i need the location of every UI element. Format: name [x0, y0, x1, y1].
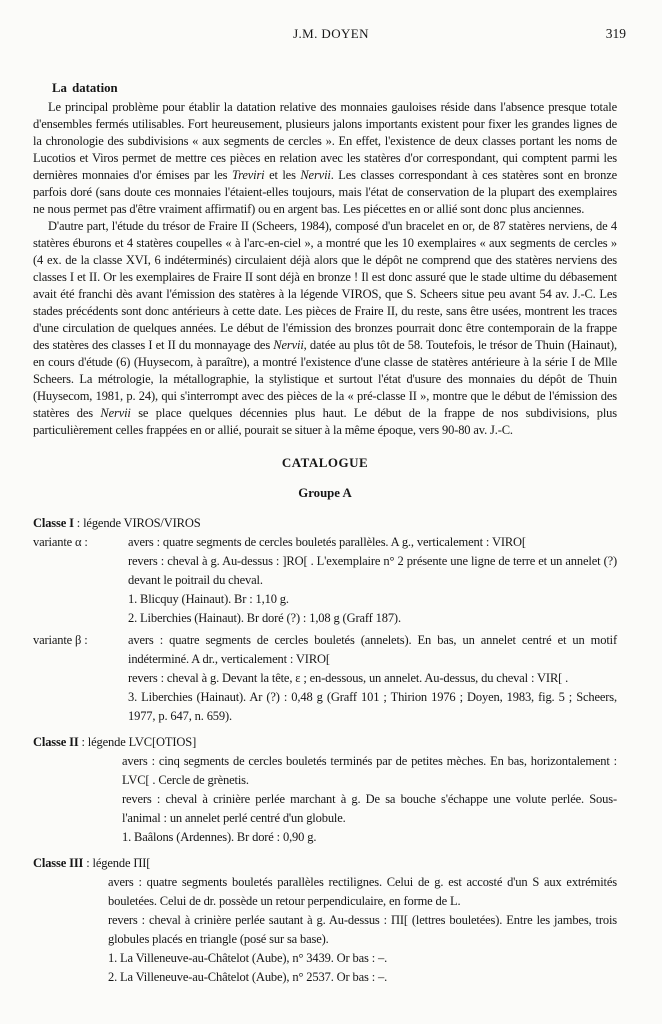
- catalogue-title: CATALOGUE: [33, 454, 617, 471]
- description-paragraph: avers : quatre segments bouletés parallè…: [108, 873, 617, 911]
- scanned-paper-page: J.M. DOYEN 319 La datation Le principal …: [0, 0, 662, 1024]
- text-column: La datation Le principal problème pour é…: [33, 80, 617, 987]
- running-header: J.M. DOYEN 319: [0, 26, 662, 44]
- catalogue-class-1: Classe I : légende VIROS/VIROS variante …: [33, 514, 617, 726]
- catalogue-entry: 2. La Villeneuve-au-Châtelot (Aube), n° …: [108, 968, 617, 987]
- description-paragraph: avers : quatre segments de cercles boule…: [128, 533, 617, 552]
- catalogue-entry: 3. Liberchies (Hainaut). Ar (?) : 0,48 g…: [128, 688, 617, 726]
- class-legend: : légende VIROS/VIROS: [74, 516, 201, 530]
- catalogue-class-2: Classe II : légende LVC[OTIOS] avers : c…: [33, 733, 617, 847]
- intro-paragraph-2: D'autre part, l'étude du trésor de Frair…: [33, 218, 617, 439]
- class-legend: : légende LVC[OTIOS]: [79, 735, 197, 749]
- class-legend: : légende ΠI[: [83, 856, 150, 870]
- section-heading: La datation: [33, 80, 617, 97]
- class-name: Classe I: [33, 516, 74, 530]
- catalogue-entry: 2. Liberchies (Hainaut). Br doré (?) : 1…: [128, 609, 617, 628]
- author-name: J.M. DOYEN: [0, 26, 662, 42]
- class-heading: Classe I : légende VIROS/VIROS: [33, 514, 617, 533]
- catalogue-entry: 1. Baâlons (Ardennes). Br doré : 0,90 g.: [122, 828, 617, 847]
- variant-description: avers : quatre segments de cercles boule…: [128, 533, 617, 628]
- class-name: Classe II: [33, 735, 79, 749]
- description-paragraph: avers : quatre segments de cercles boule…: [128, 631, 617, 669]
- description-paragraph: revers : cheval à crinière perlée sautan…: [108, 911, 617, 949]
- class-heading: Classe III : légende ΠI[: [33, 854, 617, 873]
- description-paragraph: avers : cinq segments de cercles bouleté…: [122, 752, 617, 790]
- class-name: Classe III: [33, 856, 83, 870]
- description-paragraph: revers : cheval à g. Devant la tête, ε ;…: [128, 669, 617, 688]
- catalogue-class-3: Classe III : légende ΠI[ avers : quatre …: [33, 854, 617, 987]
- variant-description: avers : quatre segments de cercles boule…: [128, 631, 617, 726]
- class-description: avers : quatre segments bouletés parallè…: [108, 873, 617, 987]
- catalogue-entry: 1. La Villeneuve-au-Châtelot (Aube), n° …: [108, 949, 617, 968]
- class-heading: Classe II : légende LVC[OTIOS]: [33, 733, 617, 752]
- group-title: Groupe A: [33, 485, 617, 502]
- page-number: 319: [606, 26, 626, 42]
- intro-paragraph-1: Le principal problème pour établir la da…: [33, 99, 617, 218]
- variant-label: variante α :: [33, 533, 128, 552]
- description-paragraph: revers : cheval à crinière perlée marcha…: [122, 790, 617, 828]
- class-description: avers : cinq segments de cercles bouleté…: [122, 752, 617, 847]
- catalogue-entry: 1. Blicquy (Hainaut). Br : 1,10 g.: [128, 590, 617, 609]
- description-paragraph: revers : cheval à g. Au-dessus : ]RO[ . …: [128, 552, 617, 590]
- variant-alpha-row: variante α : avers : quatre segments de …: [33, 533, 617, 628]
- variant-beta-row: variante β : avers : quatre segments de …: [33, 631, 617, 726]
- variant-label: variante β :: [33, 631, 128, 650]
